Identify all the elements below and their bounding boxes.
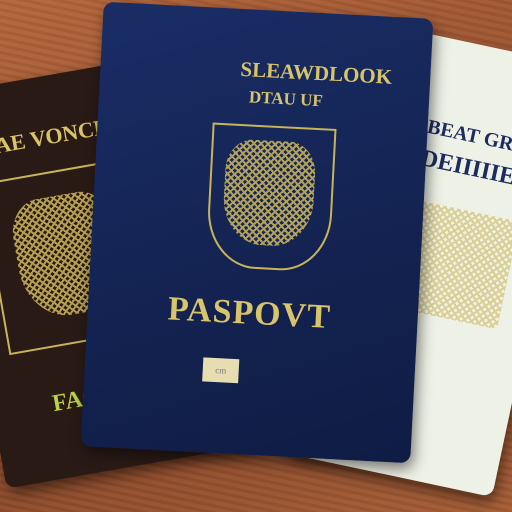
blue-passport-title: PASPOVT	[167, 290, 332, 336]
blue-passport-top-text-2: DTAU UF	[249, 87, 324, 111]
blue-chip-icon: cm	[202, 357, 239, 383]
blue-passport: SLEAWDLOOK DTAU UF PASPOVT cm	[81, 2, 434, 464]
brown-passport-top-text: SCAE VONCE	[0, 114, 110, 164]
blue-passport-top-text-1: SLEAWDLOOK	[240, 57, 393, 90]
